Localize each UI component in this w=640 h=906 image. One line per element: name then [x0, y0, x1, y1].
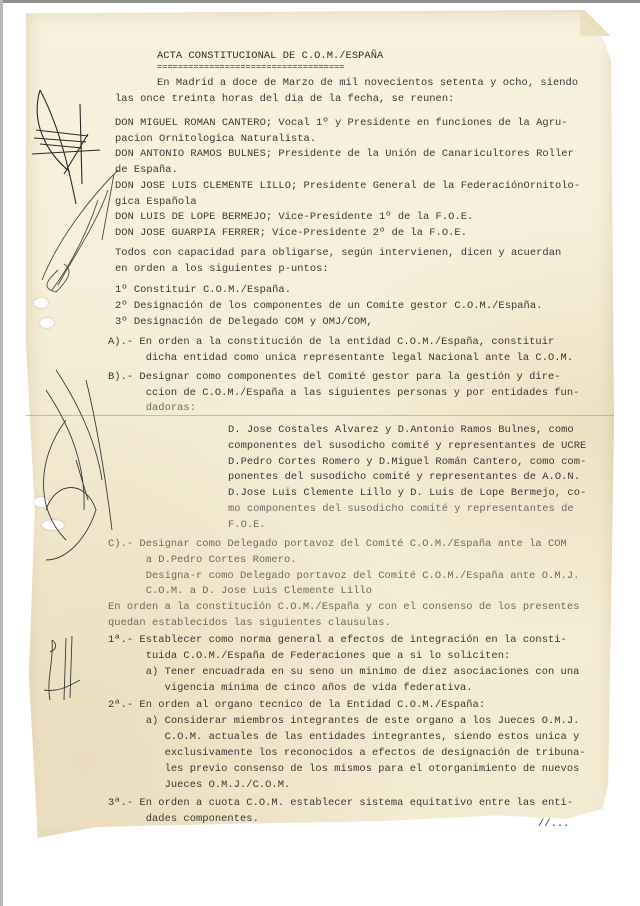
- attendee-line: de España.: [115, 164, 178, 176]
- clauses-intro-line: quedan establecidos las siguientes claus…: [108, 617, 391, 629]
- attendee-line: DON ANTONIO RAMOS BULNES; Presidente de …: [115, 148, 574, 160]
- committee-line: mo componentes del susodicho comité y re…: [228, 503, 574, 515]
- clause-line: C.O.M. actuales de las entidades integra…: [108, 731, 579, 743]
- continuation-mark: //...: [538, 818, 569, 830]
- clause-line: exclusivamente los reconocidos a efectos…: [108, 747, 586, 759]
- section-b-line: ccion de C.O.M./España a las siguientes …: [108, 387, 579, 399]
- clause-line: Jueces O.M.J./C.O.M.: [108, 779, 290, 791]
- section-c-line: Designa-r como Delegado portavoz del Com…: [108, 570, 579, 582]
- intro-line-1: En Madrid a doce de Marzo de mil novecie…: [157, 77, 578, 89]
- committee-line: D.Pedro Cortes Romero y D.Miguel Román C…: [228, 456, 586, 468]
- document-body: ACTA CONSTITUCIONAL DE C.O.M./ESPAÑA ===…: [0, 0, 640, 906]
- attendee-line: DON MIGUEL ROMAN CANTERO; Vocal 1º y Pre…: [115, 117, 568, 129]
- intro-line-2: las once treinta horas del dia de la fec…: [115, 93, 454, 105]
- clause-line: 2ª.- En orden al organo tecnico de la En…: [108, 699, 485, 711]
- title-underline: ====================================: [157, 61, 344, 73]
- committee-line: componentes del susodicho comité y repre…: [228, 440, 586, 452]
- clauses-intro-line: En orden a la constitución C.O.M./España…: [108, 601, 579, 613]
- section-a-line: dicha entidad como unica representante l…: [108, 352, 573, 364]
- committee-line: F.O.E.: [228, 519, 266, 531]
- clause-line: dades componentes.: [108, 813, 259, 825]
- section-c-line: C).- Designar como Delegado portavoz del…: [108, 538, 567, 550]
- attendee-line: DON LUIS DE LOPE BERMEJO; Vice-President…: [115, 211, 473, 223]
- clause-line: 1ª.- Establecer como norma general a efe…: [108, 634, 567, 646]
- point-item: 3º Designación de Delegado COM y OMJ/COM…: [115, 316, 373, 328]
- clause-line: tuida C.O.M./España de Federaciones que …: [108, 650, 510, 662]
- attendee-line: pacion Ornitologica Naturalista.: [115, 133, 316, 145]
- section-a-line: A).- En orden a la constitución de la en…: [108, 336, 554, 348]
- section-b-line: B).- Designar como componentes del Comit…: [108, 371, 561, 383]
- section-c-line: C.O.M. a D. Jose Luis Clemente Lillo: [108, 585, 372, 597]
- point-item: 2º Designación de los componentes de un …: [115, 300, 542, 312]
- agreement-intro-line: Todos con capacidad para obligarse, segú…: [115, 247, 561, 259]
- committee-line: D.Jose Luis Clemente Lillo y D. Luis de …: [228, 487, 586, 499]
- section-b-line: dadoras:: [108, 402, 196, 414]
- clause-line: a) Considerar miembros integrantes de es…: [108, 715, 579, 727]
- clause-line: vigencia minima de cinco años de vida fe…: [108, 682, 473, 694]
- agreement-intro-line: en orden a los siguientes p-untos:: [115, 263, 329, 275]
- clause-line: a) Tener encuadrada en su seno un minimo…: [108, 666, 579, 678]
- attendee-line: DON JOSE LUIS CLEMENTE LILLO; Presidente…: [115, 180, 580, 192]
- committee-line: ponentes del susodicho comité y represen…: [228, 471, 580, 483]
- committee-line: D. Jose Costales Alvarez y D.Antonio Ram…: [228, 424, 574, 436]
- point-item: 1º Constituir C.O.M./España.: [115, 284, 291, 296]
- attendee-line: gica Española: [115, 196, 197, 208]
- section-c-line: a D.Pedro Cortes Romero.: [108, 554, 297, 566]
- attendee-line: DON JOSE GUARPIA FERRER; Vice-Presidente…: [115, 227, 467, 239]
- clause-line: 3ª.- En orden a cuota C.O.M. establecer …: [108, 797, 573, 809]
- clause-line: les previo consenso de los mismos para e…: [108, 763, 579, 775]
